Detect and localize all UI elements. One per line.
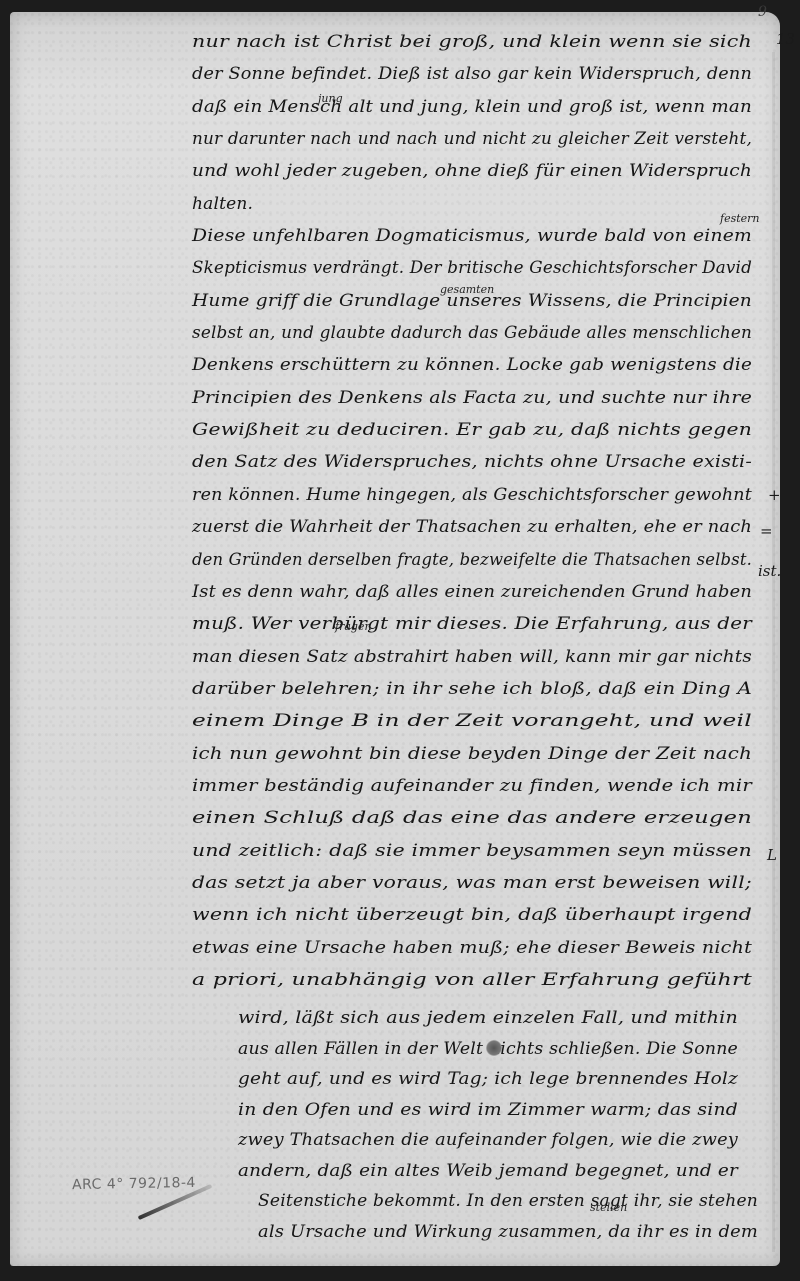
manuscript-line: einem Dinge B in der Zeit vorangeht, und…: [192, 711, 752, 731]
margin-annotation: =: [760, 522, 773, 540]
margin-annotation: ist.: [758, 562, 781, 580]
manuscript-line: selbst an, und glaubte dadurch das Gebäu…: [192, 323, 752, 343]
margin-annotation: +: [768, 486, 781, 504]
interlinear-insertion: jung: [318, 92, 343, 105]
manuscript-line: Diese unfehlbaren Dogmaticismus, wurde b…: [192, 226, 752, 246]
margin-annotation: L: [767, 846, 777, 864]
manuscript-line: Principien des Denkens als Facta zu, und…: [192, 388, 752, 408]
manuscript-line: nur darunter nach und nach und nicht zu …: [192, 129, 752, 149]
manuscript-line: und wohl jeder zugeben, ohne dieß für ei…: [192, 161, 752, 181]
manuscript-line: und zeitlich: daß sie immer beysammen se…: [192, 841, 752, 861]
manuscript-line: in den Ofen und es wird im Zimmer warm; …: [238, 1100, 738, 1120]
margin-annotation: 13: [776, 30, 795, 48]
manuscript-line: der Sonne befindet. Dieß ist also gar ke…: [192, 64, 752, 84]
manuscript-line: nur nach ist Christ bei groß, und klein …: [192, 32, 752, 52]
manuscript-line: man diesen Satz abstrahirt haben will, k…: [192, 647, 752, 667]
manuscript-line: halten.: [192, 194, 253, 214]
manuscript-line: Skepticismus verdrängt. Der britische Ge…: [192, 258, 752, 278]
interlinear-insertion: fragen: [335, 620, 372, 633]
manuscript-line: andern, daß ein altes Weib jemand begegn…: [238, 1161, 738, 1181]
manuscript-line: Gewißheit zu deduciren. Er gab zu, daß n…: [192, 420, 752, 440]
manuscript-line: zwey Thatsachen die aufeinander folgen, …: [238, 1130, 738, 1150]
manuscript-line: Seitenstiche bekommt. In den ersten sagt…: [258, 1191, 758, 1211]
paper-stain: [486, 1040, 502, 1056]
manuscript-line: Denkens erschüttern zu können. Locke gab…: [192, 355, 752, 375]
manuscript-line: den Satz des Widerspruches, nichts ohne …: [192, 452, 752, 472]
manuscript-line: ich nun gewohnt bin diese beyden Dinge d…: [192, 744, 752, 764]
manuscript-line: wird, läßt sich aus jedem einzelen Fall,…: [238, 1008, 738, 1028]
manuscript-line: das setzt ja aber voraus, was man erst b…: [192, 873, 752, 893]
manuscript-line: Ist es denn wahr, daß alles einen zureic…: [192, 582, 752, 602]
archive-signature: ARC 4° 792/18-4: [72, 1175, 196, 1193]
manuscript-line: daß ein Mensch alt und jung, klein und g…: [192, 97, 752, 117]
manuscript-line: immer beständig aufeinander zu finden, w…: [192, 776, 752, 796]
manuscript-line: den Gründen derselben fragte, bezweifelt…: [192, 550, 752, 570]
manuscript-line: geht auf, und es wird Tag; ich lege bren…: [238, 1069, 738, 1089]
manuscript-line: a priori, unabhängig von aller Erfahrung…: [192, 970, 752, 990]
manuscript-line: etwas eine Ursache haben muß; ehe dieser…: [192, 938, 752, 958]
manuscript-line: zuerst die Wahrheit der Thatsachen zu er…: [192, 517, 752, 537]
manuscript-line: muß. Wer verbürgt mir dieses. Die Erfahr…: [192, 614, 752, 634]
manuscript-line: einen Schluß daß das eine das andere erz…: [192, 808, 752, 828]
interlinear-insertion: gesamten: [440, 283, 494, 296]
manuscript-line: als Ursache und Wirkung zusammen, da ihr…: [258, 1222, 758, 1242]
page-number: 9: [758, 4, 767, 20]
paper-edge-fold: [772, 52, 775, 1252]
manuscript-line: wenn ich nicht überzeugt bin, daß überha…: [192, 905, 752, 925]
manuscript-line: darüber belehren; in ihr sehe ich bloß, …: [192, 679, 752, 699]
manuscript-line: ren können. Hume hingegen, als Geschicht…: [192, 485, 752, 505]
interlinear-insertion: festern: [720, 212, 760, 225]
interlinear-insertion: stellen: [590, 1201, 627, 1214]
